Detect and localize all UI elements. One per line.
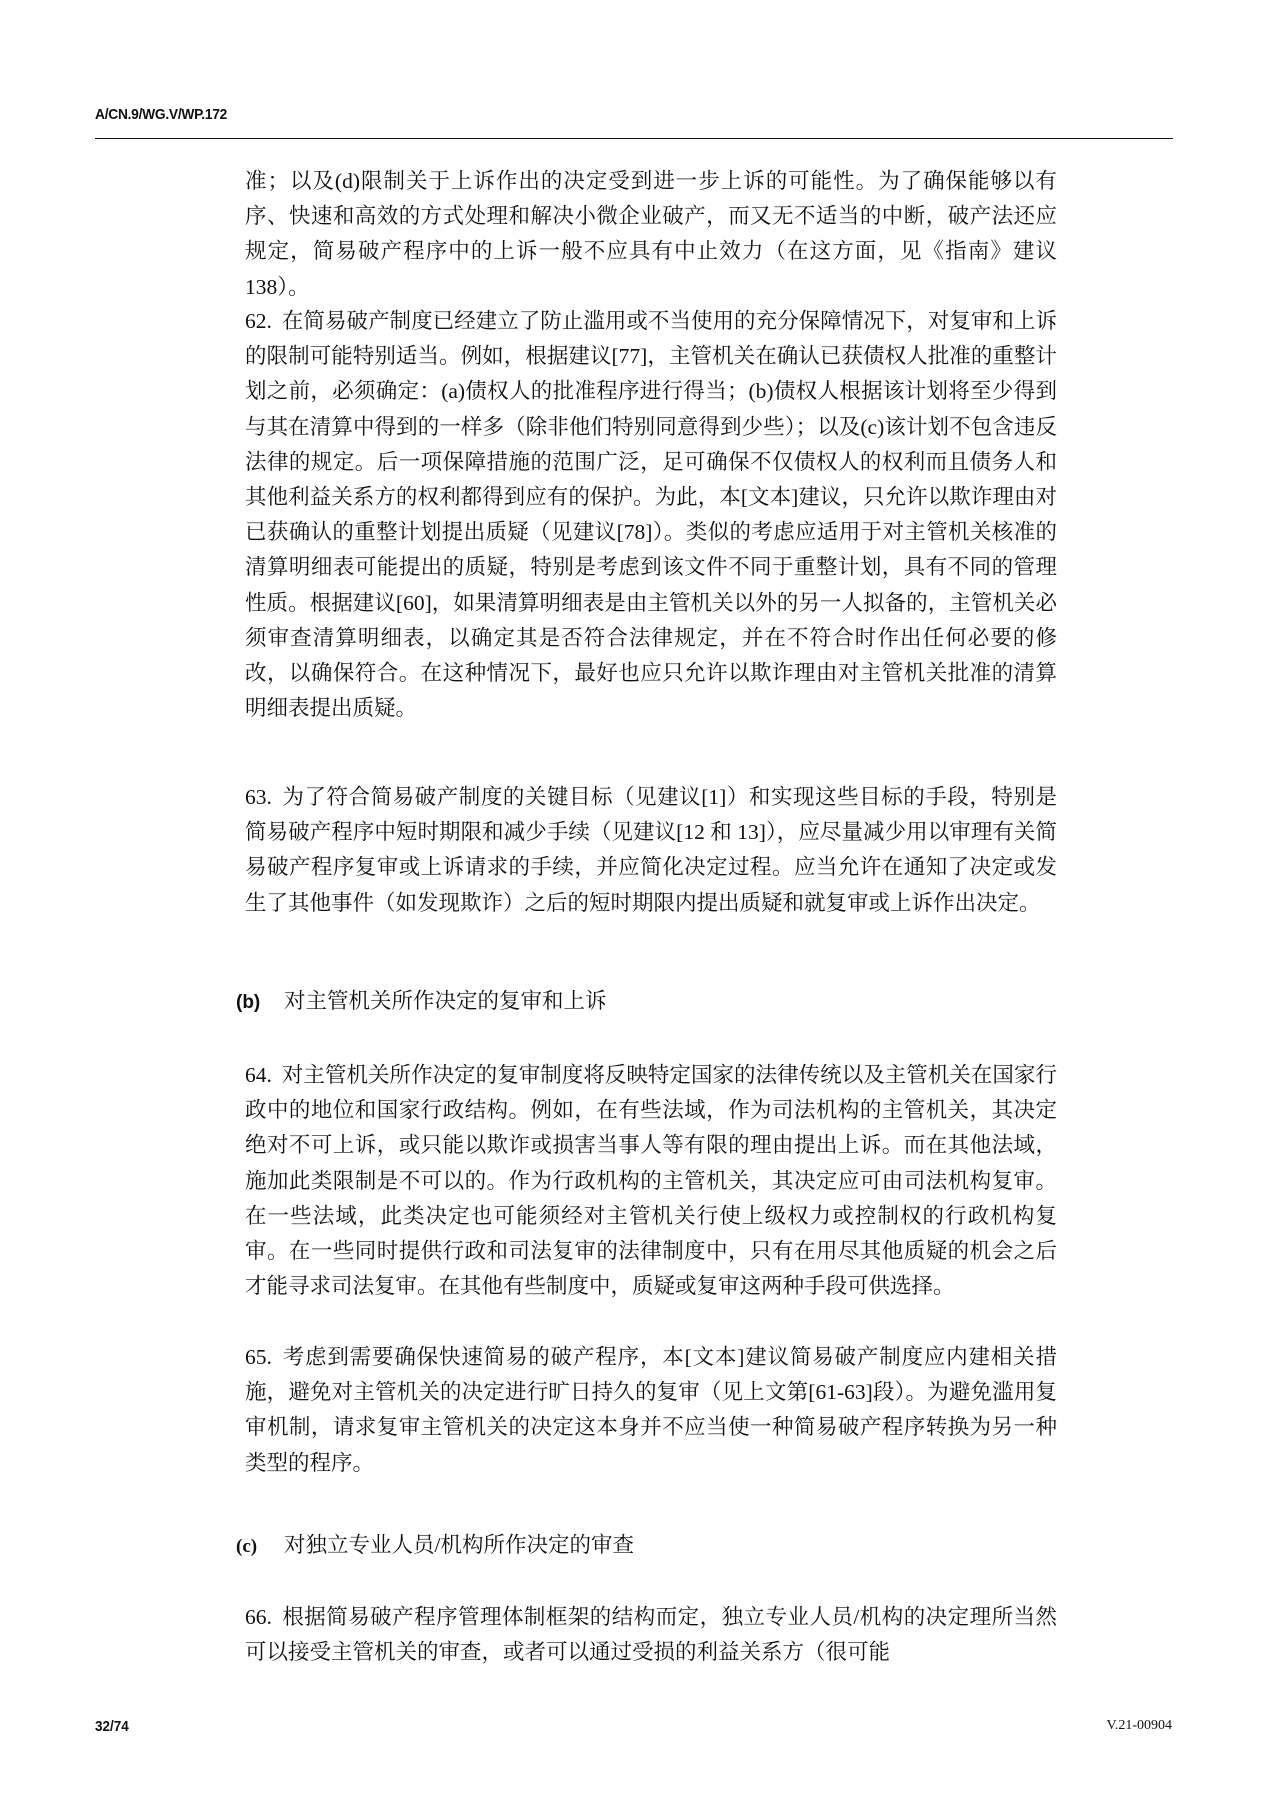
paragraph-continuation: 准；以及(d)限制关于上诉作出的决定受到进一步上诉的可能性。为了确保能够以有序、… xyxy=(245,164,1057,305)
paragraph-text: 根据简易破产程序管理体制框架的结构而定，独立专业人员/机构的决定理所当然可以接受… xyxy=(245,1605,1057,1664)
page-number: 32/74 xyxy=(95,1718,129,1735)
paragraph-number: 65. xyxy=(245,1345,272,1369)
paragraph-text: 对主管机关所作决定的复审制度将反映特定国家的法律传统以及主管机关在国家行政中的地… xyxy=(245,1063,1057,1298)
paragraph-62: 62.在简易破产制度已经建立了防止滥用或不当使用的充分保障情况下，对复审和上诉的… xyxy=(245,304,1057,726)
section-heading-b: (b)对主管机关所作决定的复审和上诉 xyxy=(236,986,607,1018)
paragraph-number: 62. xyxy=(245,309,272,333)
paragraph-66: 66.根据简易破产程序管理体制框架的结构而定，独立专业人员/机构的决定理所当然可… xyxy=(245,1600,1057,1670)
section-label: (b) xyxy=(236,988,284,1018)
section-heading-c: (c)对独立专业人员/机构所作决定的审查 xyxy=(236,1530,634,1562)
section-title: 对主管机关所作决定的复审和上诉 xyxy=(284,989,607,1013)
paragraph-number: 66. xyxy=(245,1605,272,1629)
paragraph-text: 在简易破产制度已经建立了防止滥用或不当使用的充分保障情况下，对复审和上诉的限制可… xyxy=(245,309,1057,720)
paragraph-text: 考虑到需要确保快速简易的破产程序，本[文本]建议简易破产制度应内建相关措施，避免… xyxy=(245,1345,1057,1475)
header-divider xyxy=(95,138,1173,139)
paragraph-65: 65.考虑到需要确保快速简易的破产程序，本[文本]建议简易破产制度应内建相关措施… xyxy=(245,1340,1057,1481)
paragraph-number: 64. xyxy=(245,1063,272,1087)
document-symbol: A/CN.9/WG.V/WP.172 xyxy=(95,106,227,123)
section-title: 对独立专业人员/机构所作决定的审查 xyxy=(284,1533,634,1557)
paragraph-64: 64.对主管机关所作决定的复审制度将反映特定国家的法律传统以及主管机关在国家行政… xyxy=(245,1058,1057,1304)
paragraph-63: 63.为了符合简易破产制度的关键目标（见建议[1]）和实现这些目标的手段，特别是… xyxy=(245,780,1057,921)
paragraph-text: 为了符合简易破产制度的关键目标（见建议[1]）和实现这些目标的手段，特别是简易破… xyxy=(245,785,1057,915)
paragraph-number: 63. xyxy=(245,785,272,809)
section-label: (c) xyxy=(236,1532,284,1562)
paragraph-text: 准；以及(d)限制关于上诉作出的决定受到进一步上诉的可能性。为了确保能够以有序、… xyxy=(245,164,1057,305)
job-number: V.21-00904 xyxy=(1107,1718,1172,1734)
